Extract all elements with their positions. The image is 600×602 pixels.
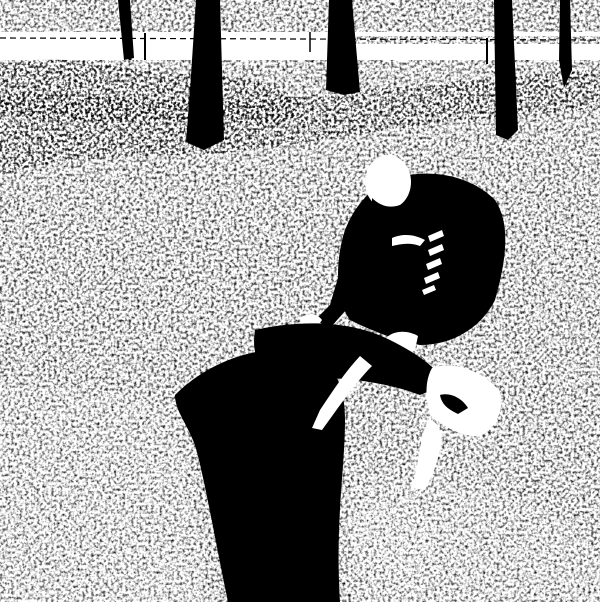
earth-clump (350, 501, 439, 575)
photo-scene (0, 0, 600, 602)
photo-illustration (0, 0, 600, 602)
man-head (365, 155, 411, 209)
